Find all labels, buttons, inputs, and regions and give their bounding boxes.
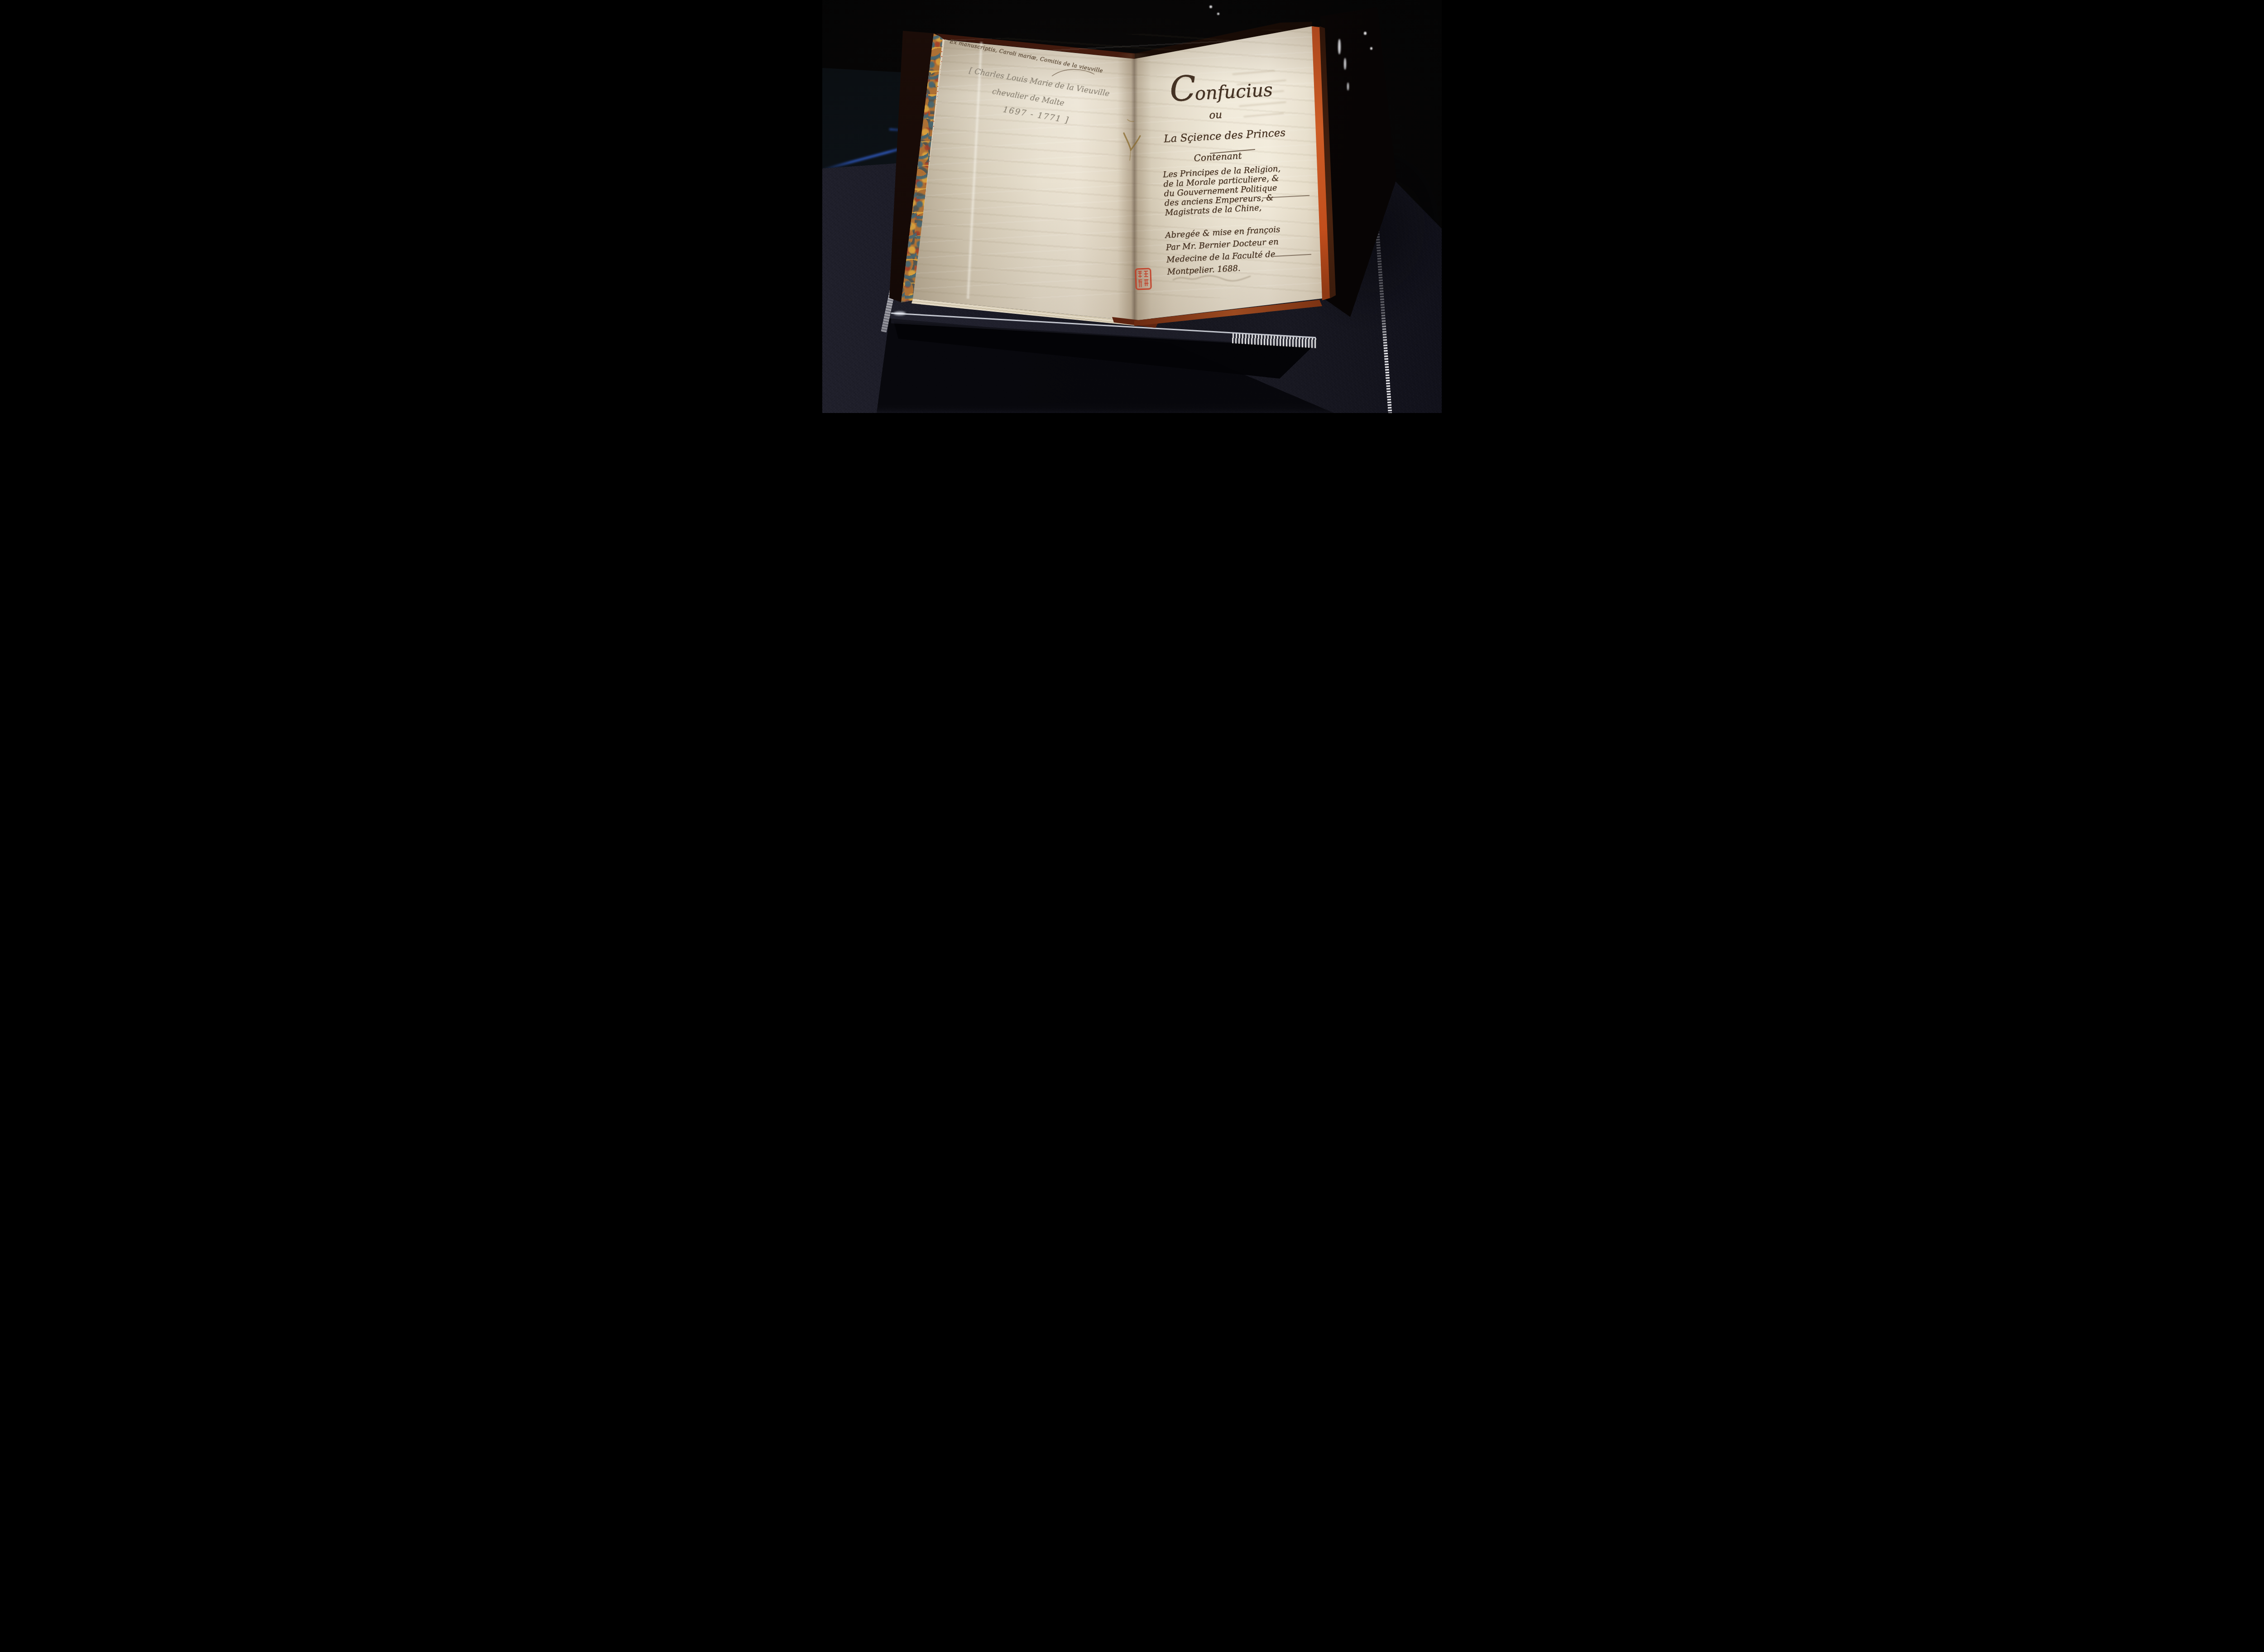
specular-dot: [1364, 32, 1367, 35]
subtitle-text: La Sçience des Princes: [1156, 126, 1294, 145]
chinese-seal-stamp: [1135, 268, 1152, 290]
specular-dot: [1209, 5, 1212, 8]
acrylic-glint: [894, 312, 906, 315]
title-text: Confucius: [1156, 63, 1285, 110]
connector-text: ou: [1197, 108, 1234, 122]
pen-swash: [1274, 254, 1311, 257]
pencil-line-title: chevalier de Malte: [992, 87, 1065, 108]
specular-streak: [1347, 82, 1349, 91]
faded-signature: [1171, 272, 1262, 283]
specular-dot: [1370, 47, 1372, 50]
title-page-text: Confucius ou La Sçience des Princes Cont…: [1156, 59, 1327, 289]
section-word: Contenant: [1175, 149, 1261, 164]
specular-streak: [1344, 58, 1346, 70]
imprint-line: Medecine de la Faculté de: [1166, 250, 1276, 265]
pencil-line-dates: 1697 - 1771 ]: [1002, 105, 1070, 125]
museum-photo-scene: Ex manuscriptis, Caroli mariæ, Comitis d…: [822, 0, 1442, 413]
specular-streak: [1338, 39, 1341, 54]
specular-dot: [1217, 13, 1219, 15]
inscription-flourish: [1051, 66, 1096, 78]
